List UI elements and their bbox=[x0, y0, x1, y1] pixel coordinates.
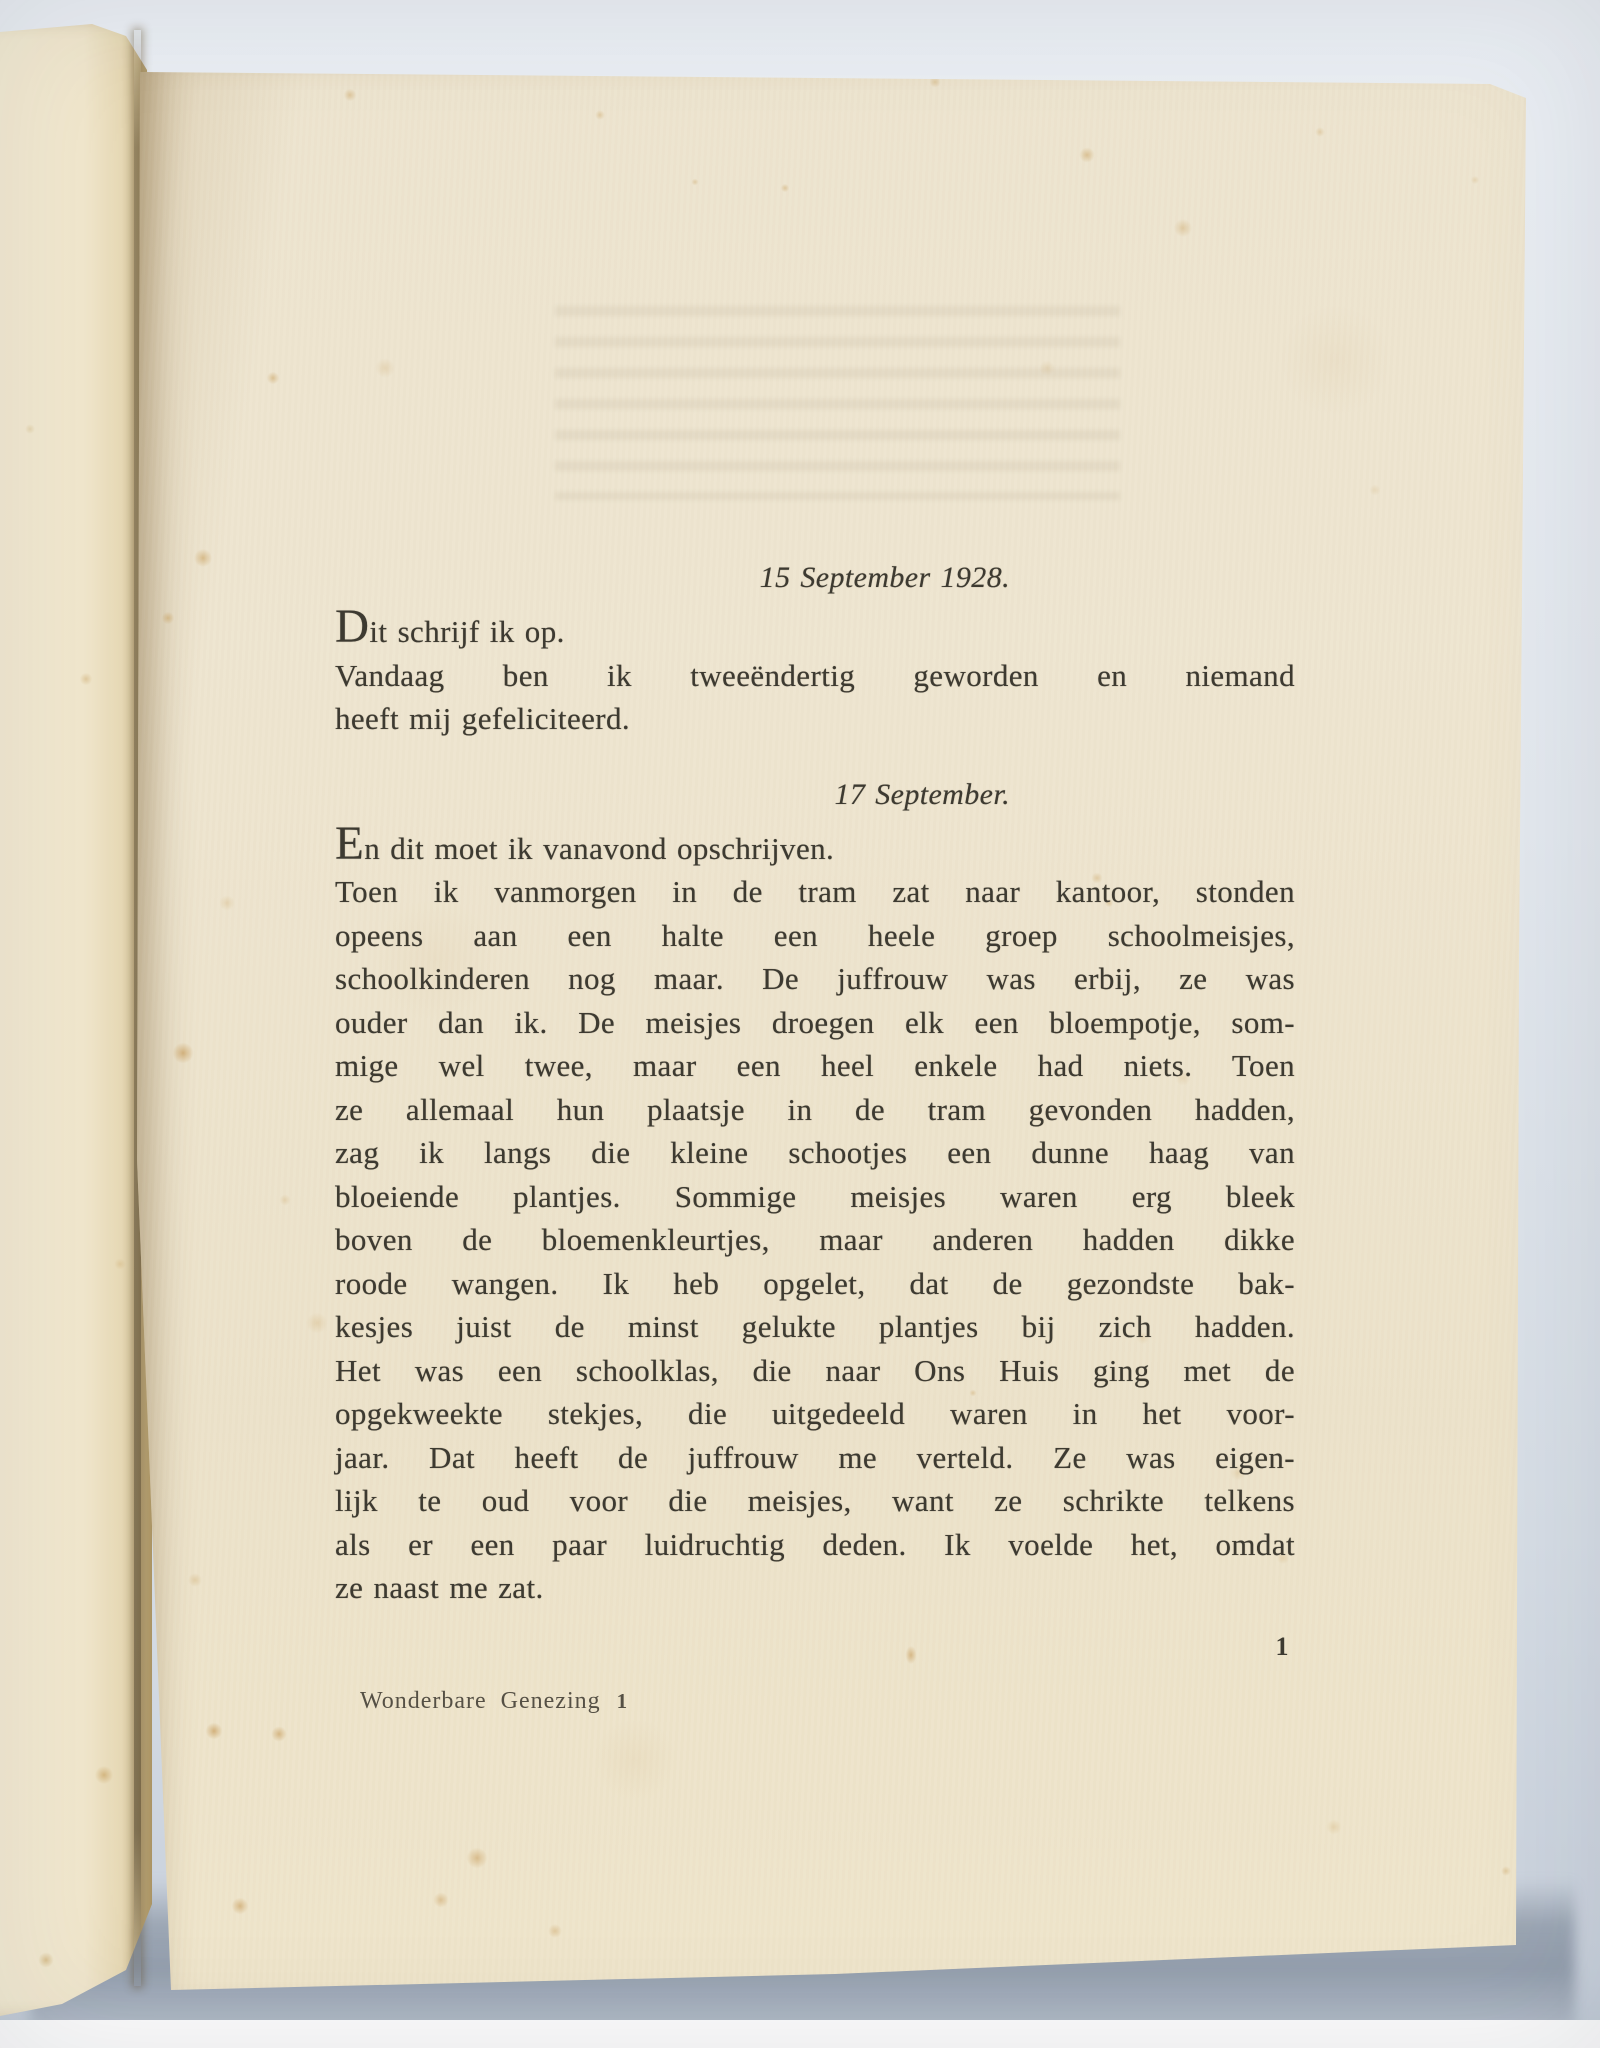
text-line: opgekweekte stekjes, die uitgedeeld ware… bbox=[335, 1392, 1295, 1436]
text-line: schoolkinderen nog maar. De juffrouw was… bbox=[335, 957, 1295, 1001]
text-line: bloeiende plantjes. Sommige meisjes ware… bbox=[335, 1175, 1295, 1219]
photo-background: 15 September 1928. Dit schrijf ik op.Van… bbox=[0, 0, 1600, 2048]
entry-body: En dit moet ik vanavond opschrijven.Toen… bbox=[335, 827, 1295, 1610]
text-line: lijk te oud voor die meisjes, want ze sc… bbox=[335, 1479, 1295, 1523]
text-line: boven de bloemenkleurtjes, maar anderen … bbox=[335, 1218, 1295, 1262]
facing-page-edge bbox=[0, 24, 152, 2016]
text-line: Dit schrijf ik op. bbox=[335, 610, 1295, 654]
printers-signature: Wonderbare Genezing1 bbox=[360, 1688, 628, 1715]
foxing-spots-left bbox=[0, 24, 152, 2016]
text-line: heeft mij gefeliciteerd. bbox=[335, 697, 1295, 741]
text-line: Vandaag ben ik tweeëndertig geworden en … bbox=[335, 654, 1295, 698]
text-line: opeens aan een halte een heele groep sch… bbox=[335, 914, 1295, 958]
text-line: ze naast me zat. bbox=[335, 1566, 1295, 1610]
text-line: Toen ik vanmorgen in de tram zat naar ka… bbox=[335, 870, 1295, 914]
text-line: En dit moet ik vanavond opschrijven. bbox=[335, 827, 1295, 871]
signature-title: Wonderbare Genezing bbox=[360, 1688, 601, 1714]
page-text-block: 15 September 1928. Dit schrijf ik op.Van… bbox=[335, 556, 1295, 1610]
book-page: 15 September 1928. Dit schrijf ik op.Van… bbox=[135, 60, 1535, 2012]
entry-body: Dit schrijf ik op.Vandaag ben ik tweeënd… bbox=[335, 610, 1295, 741]
signature-number: 1 bbox=[617, 1689, 629, 1713]
verso-text-show-through bbox=[555, 285, 1120, 500]
text-line: zag ik langs die kleine schootjes een du… bbox=[335, 1131, 1295, 1175]
photo-border-bottom bbox=[0, 2020, 1600, 2048]
text-line: jaar. Dat heeft de juffrouw me verteld. … bbox=[335, 1436, 1295, 1480]
entry-date-heading: 17 September. bbox=[335, 773, 1295, 817]
page-number: 1 bbox=[1245, 1632, 1289, 1662]
text-line: kesjes juist de minst gelukte plantjes b… bbox=[335, 1305, 1295, 1349]
text-line: Het was een schoolklas, die naar Ons Hui… bbox=[335, 1349, 1295, 1393]
diary-entry: 17 September. En dit moet ik vanavond op… bbox=[335, 773, 1295, 1610]
text-line: ze allemaal hun plaatsje in de tram gevo… bbox=[335, 1088, 1295, 1132]
text-line: als er een paar luidruchtig deden. Ik vo… bbox=[335, 1523, 1295, 1567]
diary-entry: 15 September 1928. Dit schrijf ik op.Van… bbox=[335, 556, 1295, 741]
text-line: roode wangen. Ik heb opgelet, dat de gez… bbox=[335, 1262, 1295, 1306]
entry-date-heading: 15 September 1928. bbox=[335, 556, 1295, 600]
text-line: ouder dan ik. De meisjes droegen elk een… bbox=[335, 1001, 1295, 1045]
text-line: mige wel twee, maar een heel enkele had … bbox=[335, 1044, 1295, 1088]
